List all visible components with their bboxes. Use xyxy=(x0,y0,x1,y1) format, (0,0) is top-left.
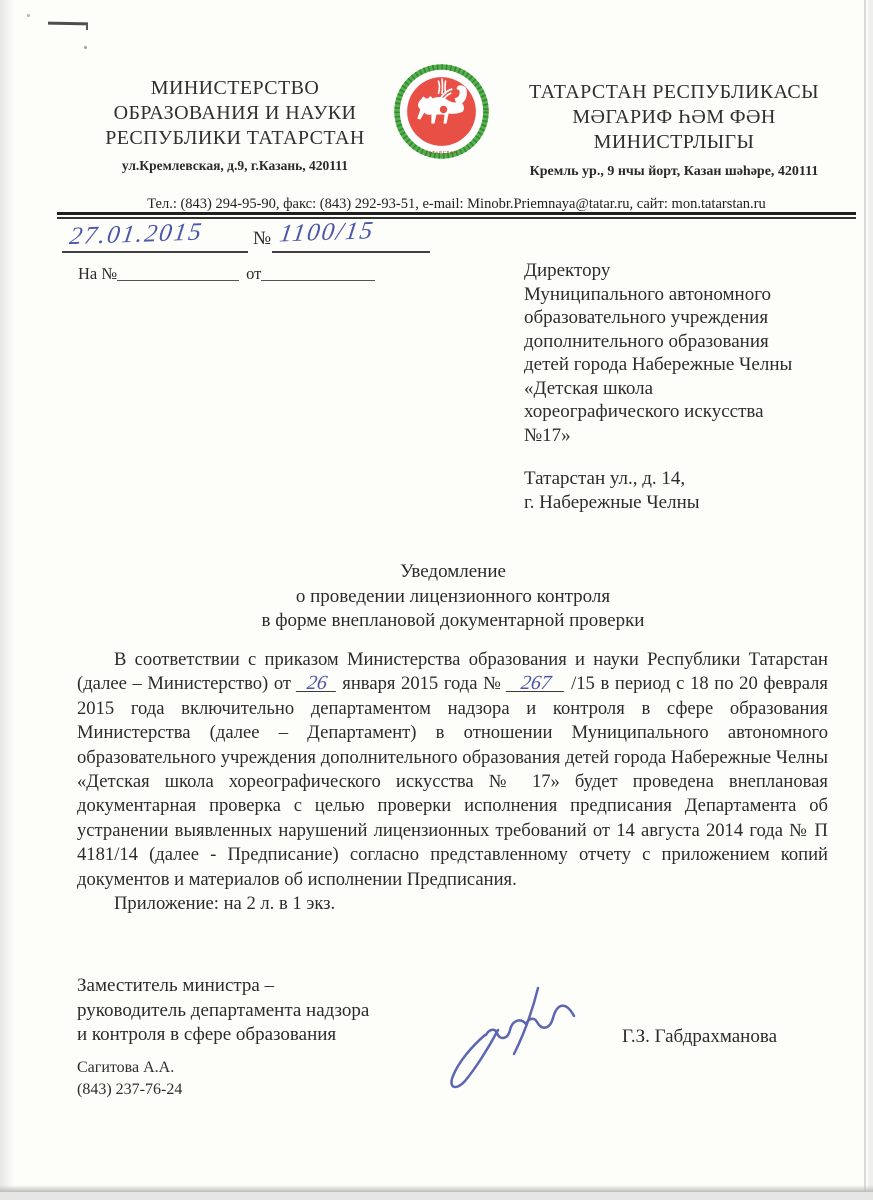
scan-artifact-dot xyxy=(84,46,87,49)
title-line3: в форме внеплановой документарной провер… xyxy=(77,609,829,634)
recipient-line: хореографического искусства xyxy=(524,400,854,424)
recipient-line: дополнительного образования xyxy=(524,330,854,354)
body-text-part2: января 2015 года № xyxy=(337,673,508,694)
executor-name: Сагитова А.А. xyxy=(77,1057,182,1079)
reply-na-label: На № xyxy=(78,264,117,283)
executor-phone: (843) 237-76-24 xyxy=(77,1079,182,1101)
handwritten-day: 26 xyxy=(295,675,337,692)
handwritten-outgoing-number: 1100/15 xyxy=(270,217,377,249)
ministry-address-tt: Кремль ур., 9 нчы йорт, Казан шәһәре, 42… xyxy=(486,164,862,180)
scan-edge-right-outer xyxy=(868,0,873,1200)
reply-reference-row: На №от xyxy=(78,262,375,284)
ministry-name-tt-line3: МИНИСТРЛЫГЫ xyxy=(486,130,862,155)
contact-line: Тел.: (843) 294-95-90, факс: (843) 292-9… xyxy=(57,196,856,213)
recipient-line: образовательного учреждения xyxy=(524,306,854,330)
scan-edge-bottom xyxy=(0,1185,873,1192)
ministry-name-ru-line1: МИНИСТЕРСТВО xyxy=(68,76,402,101)
scan-artifact-dot2 xyxy=(27,14,30,17)
recipient-address-line: г. Набережные Челны xyxy=(524,491,854,515)
scan-edge-left xyxy=(0,0,14,1200)
signatory-position-line1: Заместитель министра – xyxy=(77,974,369,999)
scanned-letter-page: МИНИСТЕРСТВО ОБРАЗОВАНИЯ И НАУКИ РЕСПУБЛ… xyxy=(0,0,873,1200)
executor-block: Сагитова А.А. (843) 237-76-24 xyxy=(77,1057,182,1101)
emblem-ring-text: ТАТАРСТАН xyxy=(426,150,458,155)
scan-artifact-mark xyxy=(48,22,88,26)
scan-artifact-hook xyxy=(86,24,88,30)
reply-number-blank xyxy=(117,264,239,281)
signatory-position: Заместитель министра – руководитель депа… xyxy=(77,974,369,1048)
ministry-name-tt-line2: МӘГАРИФ ҺӘМ ФӘН xyxy=(486,105,862,130)
handwritten-date: 27.01.2015 xyxy=(60,219,205,252)
recipient-line: Муниципального автономного xyxy=(524,283,854,307)
signatory-name: Г.З. Габдрахманова xyxy=(622,1026,777,1048)
letterhead-tatar: ТАТАРСТАН РЕСПУБЛИКАСЫ МӘГАРИФ ҺӘМ ФӘН М… xyxy=(486,80,862,180)
letterhead-russian: МИНИСТЕРСТВО ОБРАЗОВАНИЯ И НАУКИ РЕСПУБЛ… xyxy=(68,76,402,174)
body-text-part3: /15 в период с 18 по 20 февраля 2015 год… xyxy=(77,673,828,889)
recipient-line: детей города Набережные Челны xyxy=(524,353,854,377)
handwritten-order-number: 267 xyxy=(506,675,566,692)
ministry-name-ru-line3: РЕСПУБЛИКИ ТАТАРСТАН xyxy=(68,126,402,151)
document-title: Уведомление о проведении лицензионного к… xyxy=(77,560,829,634)
recipient-block: Директору Муниципального автономного обр… xyxy=(524,259,854,514)
signatory-position-line2: руководитель департамента надзора xyxy=(77,999,369,1024)
number-sign-label: № xyxy=(253,228,271,250)
body-block: В соответствии с приказом Министерства о… xyxy=(77,648,828,916)
outgoing-number-blank: 1100/15 xyxy=(272,219,430,253)
divider-rule-thick xyxy=(57,212,856,215)
title-line2: о проведении лицензионного контроля xyxy=(77,585,829,610)
title-line1: Уведомление xyxy=(77,560,829,585)
recipient-address-line: Татарстан ул., д. 14, xyxy=(524,467,854,491)
recipient-spacer xyxy=(524,447,854,467)
recipient-line: №17» xyxy=(524,424,854,448)
outgoing-date-blank: 27.01.2015 xyxy=(62,221,248,253)
scan-edge-right xyxy=(864,0,866,1200)
handwritten-signature xyxy=(430,972,608,1122)
reply-ot-label: от xyxy=(246,264,261,283)
recipient-line: Директору xyxy=(524,259,854,283)
recipient-line: «Детская школа xyxy=(524,377,854,401)
attachment-line: Приложение: на 2 л. в 1 экз. xyxy=(77,892,828,916)
ministry-address-ru: ул.Кремлевская, д.9, г.Казань, 420111 xyxy=(68,158,402,174)
scan-edge-bottom-outer xyxy=(0,1192,873,1200)
ministry-name-tt-line1: ТАТАРСТАН РЕСПУБЛИКАСЫ xyxy=(486,80,862,105)
body-paragraph: В соответствии с приказом Министерства о… xyxy=(77,648,828,892)
ministry-name-ru-line2: ОБРАЗОВАНИЯ И НАУКИ xyxy=(68,101,402,126)
reply-date-blank xyxy=(261,264,375,281)
signatory-position-line3: и контроля в сфере образования xyxy=(77,1023,369,1048)
tatarstan-coat-of-arms-icon: ТАТАРСТАН xyxy=(394,64,489,159)
